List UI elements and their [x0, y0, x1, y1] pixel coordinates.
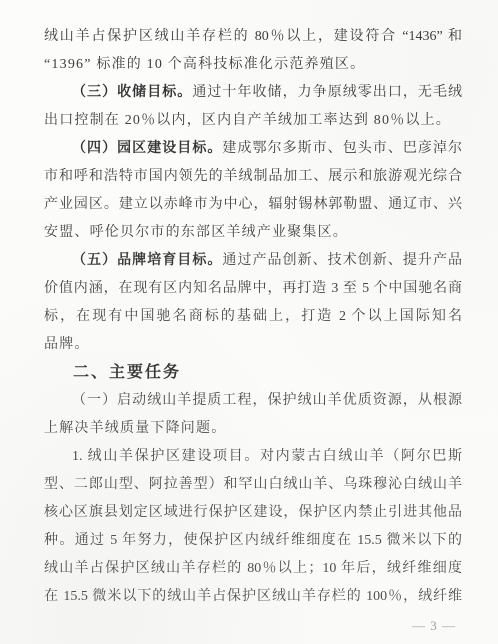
paragraph: 1. 绒山羊保护区建设项目。对内蒙古白绒山羊（阿尔巴斯型、二郎山型、阿拉善型）和…: [44, 443, 462, 611]
text-segment: 核心区旗县划定区域进行保护区建设，保护区内禁止引进其他品: [44, 505, 462, 520]
text-segment: 绒山羊占保护区绒山羊存栏的 80％以上；10 年后，绒纤维细度: [44, 561, 462, 576]
text-segment: 1. 绒山羊保护区建设项目。对内蒙古白绒山羊（阿尔巴斯: [72, 449, 462, 464]
text-segment: 产业园区。建立以赤峰市为中心，辐射锡林郭勒盟、通辽市、兴: [44, 197, 462, 212]
text-segment: 市和呼和浩特市国内领先的羊绒制品加工、展示和旅游观光综合: [44, 169, 462, 184]
bold-text-segment: （四）园区建设目标。: [72, 141, 222, 156]
text-line: （三）收储目标。通过十年收储，力争原绒零出口，无毛绒: [44, 79, 462, 107]
text-line: 绒山羊占保护区绒山羊存栏的 80％以上，建设符合 “1436” 和: [44, 23, 462, 51]
text-segment: 安盟、呼伦贝尔市的东部区羊绒产业聚集区。: [44, 225, 348, 240]
bold-text-segment: 二、主要任务: [73, 364, 181, 381]
text-segment: 出口控制在 20％以内，区内自产羊绒加工率达到 80％以上。: [44, 113, 451, 128]
text-segment: 种。通过 5 年努力，使保护区内绒纤维细度在 15.5 微米以下的: [44, 533, 462, 548]
paragraph: （三）收储目标。通过十年收储，力争原绒零出口，无毛绒出口控制在 20％以内，区内…: [44, 79, 462, 135]
text-segment: （一）启动绒山羊提质工程，保护绒山羊优质资源，从根源: [72, 393, 462, 408]
text-segment: 标，在现有中国驰名商标的基础上，打造 2 个以上国际知名: [44, 309, 462, 324]
text-segment: 在 15.5 微米以下的绒山羊占保护区绒山羊存栏的 100％，绒纤维: [44, 589, 462, 604]
text-line: 出口控制在 20％以内，区内自产羊绒加工率达到 80％以上。: [44, 107, 462, 135]
text-line: 型、二郎山型、阿拉善型）和罕山白绒山羊、乌珠穆沁白绒山羊: [44, 471, 462, 499]
document-body: 绒山羊占保护区绒山羊存栏的 80％以上，建设符合 “1436” 和“1396” …: [44, 23, 462, 611]
text-line: 产业园区。建立以赤峰市为中心，辐射锡林郭勒盟、通辽市、兴: [44, 191, 462, 219]
paragraph: 绒山羊占保护区绒山羊存栏的 80％以上，建设符合 “1436” 和“1396” …: [44, 23, 462, 79]
paragraph: （五）品牌培育目标。通过产品创新、技术创新、提升产品价值内涵，在现有区内知名品牌…: [44, 247, 462, 359]
section-heading-block: 二、主要任务: [44, 359, 462, 387]
text-line: 市和呼和浩特市国内领先的羊绒制品加工、展示和旅游观光综合: [44, 163, 462, 191]
text-segment: 品牌。: [44, 337, 90, 352]
bold-text-segment: （五）品牌培育目标。: [72, 253, 222, 268]
text-line: “1396” 标准的 10 个高科技标准化示范养殖区。: [44, 51, 462, 79]
text-segment: 建成鄂尔多斯市、包头市、巴彦淖尔: [222, 141, 462, 156]
text-segment: 通过产品创新、技术创新、提升产品: [222, 253, 462, 268]
text-line: 1. 绒山羊保护区建设项目。对内蒙古白绒山羊（阿尔巴斯: [44, 443, 462, 471]
paragraph: （一）启动绒山羊提质工程，保护绒山羊优质资源，从根源上解决羊绒质量下降问题。: [44, 387, 462, 443]
text-line: 绒山羊占保护区绒山羊存栏的 80％以上；10 年后，绒纤维细度: [44, 555, 462, 583]
text-line: （四）园区建设目标。建成鄂尔多斯市、包头市、巴彦淖尔: [44, 135, 462, 163]
text-segment: “1396” 标准的 10 个高科技标准化示范养殖区。: [44, 57, 365, 72]
text-line: （一）启动绒山羊提质工程，保护绒山羊优质资源，从根源: [44, 387, 462, 415]
text-segment: 绒山羊占保护区绒山羊存栏的 80％以上，建设符合 “1436” 和: [44, 29, 462, 44]
text-segment: 上解决羊绒质量下降问题。: [44, 421, 226, 436]
bold-text-segment: （三）收储目标。: [72, 85, 192, 100]
text-line: 种。通过 5 年努力，使保护区内绒纤维细度在 15.5 微米以下的: [44, 527, 462, 555]
text-line: 品牌。: [44, 331, 462, 359]
page-number: — 3 —: [412, 616, 456, 636]
section-heading: 二、主要任务: [44, 359, 462, 387]
text-segment: 通过十年收储，力争原绒零出口，无毛绒: [192, 85, 462, 100]
text-line: 标，在现有中国驰名商标的基础上，打造 2 个以上国际知名: [44, 303, 462, 331]
paragraph: （四）园区建设目标。建成鄂尔多斯市、包头市、巴彦淖尔市和呼和浩特市国内领先的羊绒…: [44, 135, 462, 247]
text-line: （五）品牌培育目标。通过产品创新、技术创新、提升产品: [44, 247, 462, 275]
text-segment: 价值内涵，在现有区内知名品牌中，再打造 3 至 5 个中国驰名商: [44, 281, 462, 296]
text-line: 价值内涵，在现有区内知名品牌中，再打造 3 至 5 个中国驰名商: [44, 275, 462, 303]
text-line: 核心区旗县划定区域进行保护区建设，保护区内禁止引进其他品: [44, 499, 462, 527]
text-line: 在 15.5 微米以下的绒山羊占保护区绒山羊存栏的 100％，绒纤维: [44, 583, 462, 611]
text-segment: 型、二郎山型、阿拉善型）和罕山白绒山羊、乌珠穆沁白绒山羊: [44, 477, 462, 492]
scanned-document-page: 绒山羊占保护区绒山羊存栏的 80％以上，建设符合 “1436” 和“1396” …: [0, 0, 498, 644]
text-line: 安盟、呼伦贝尔市的东部区羊绒产业聚集区。: [44, 219, 462, 247]
text-line: 上解决羊绒质量下降问题。: [44, 415, 462, 443]
